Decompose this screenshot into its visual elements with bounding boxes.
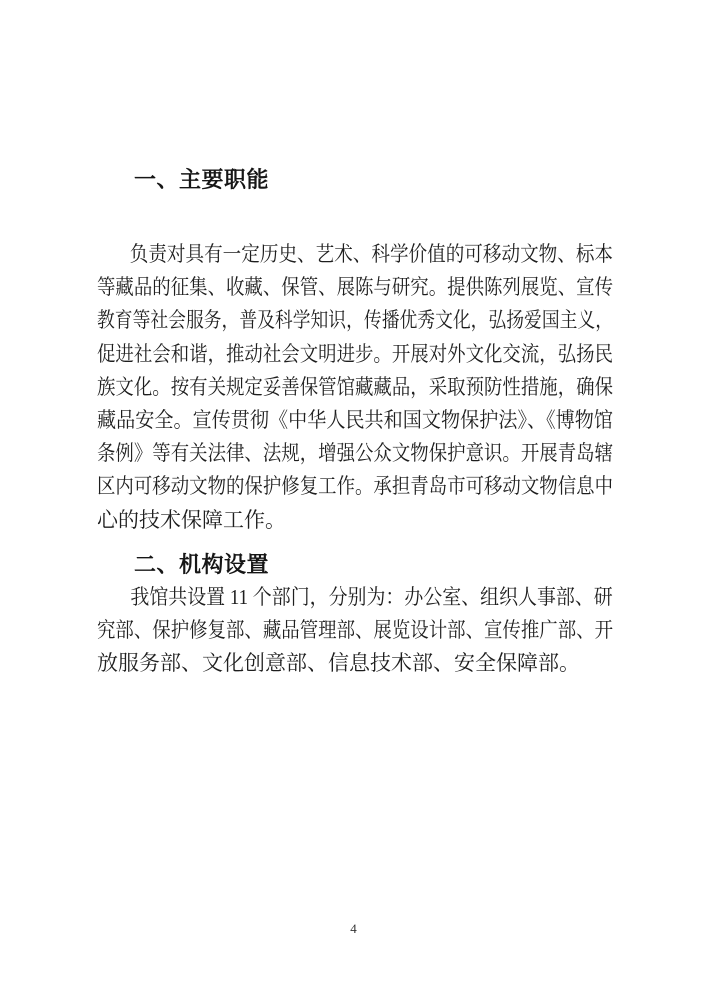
text-line: 放服务部、文化创意部、信息技术部、安全保障部。 [97, 647, 613, 680]
text-line: 我馆共设置 11 个部门，分别为：办公室、组织人事部、研 [97, 581, 562, 614]
text-line: 促进社会和谐，推动社会文明进步。开展对外文化交流，弘扬民 [97, 338, 550, 371]
section-2-heading: 二、机构设置 [97, 548, 613, 581]
document-content: 一、主要职能 负责对具有一定历史、艺术、科学价值的可移动文物、标本 等藏品的征集… [97, 163, 613, 680]
text-line: 教育等社会服务，普及科学知识，传播优秀文化，弘扬爱国主义， [97, 304, 534, 337]
text-line: 条例》等有关法律、法规，增强公众文物保护意识。开展青岛辖 [97, 437, 550, 470]
section-1-heading: 一、主要职能 [97, 163, 613, 196]
text-line: 心的技术保障工作。 [97, 504, 613, 537]
text-line: 究部、保护修复部、藏品管理部、展览设计部、宣传推广部、开 [97, 614, 550, 647]
text-line: 负责对具有一定历史、艺术、科学价值的可移动文物、标本 [97, 238, 554, 271]
text-line: 族文化。按有关规定妥善保管馆藏藏品，采取预防性措施，确保 [97, 371, 550, 404]
page-number: 4 [0, 921, 707, 937]
text-line: 藏品安全。宣传贯彻《中华人民共和国文物保护法》、《博物馆 [97, 404, 567, 437]
document-page: 一、主要职能 负责对具有一定历史、艺术、科学价值的可移动文物、标本 等藏品的征集… [0, 0, 707, 1000]
text-line: 区内可移动文物的保护修复工作。承担青岛市可移动文物信息中 [97, 470, 550, 503]
section-1-paragraph: 负责对具有一定历史、艺术、科学价值的可移动文物、标本 等藏品的征集、收藏、保管、… [97, 238, 613, 537]
heading-paragraph-gap [97, 196, 613, 238]
text-line: 等藏品的征集、收藏、保管、展陈与研究。提供陈列展览、宣传 [97, 271, 550, 304]
section-2-paragraph: 我馆共设置 11 个部门，分别为：办公室、组织人事部、研 究部、保护修复部、藏品… [97, 581, 613, 681]
